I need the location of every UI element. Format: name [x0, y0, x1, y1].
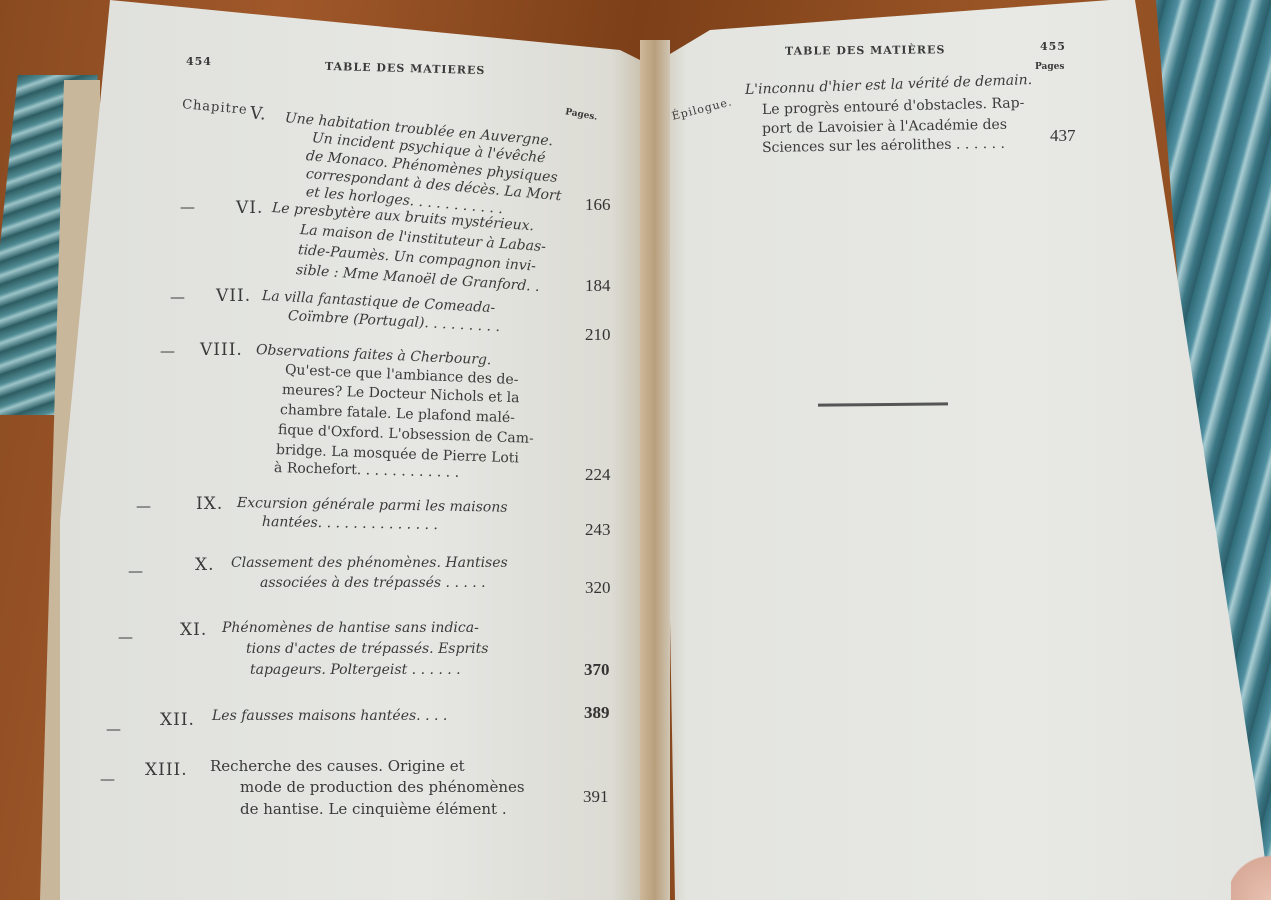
entry-xiii-line-1: Recherche des causes. Origine et [210, 757, 465, 775]
entry-dash: — [106, 720, 121, 738]
running-head-right: TABLE DES MATIÈRES [785, 43, 945, 57]
entry-viii-page: 224 [585, 465, 611, 485]
entry-xiii-line-2: mode de production des phénomènes [240, 778, 525, 796]
entry-vi-page: 184 [585, 276, 611, 296]
chapter-roman-xiii: XIII. [145, 760, 188, 780]
chapter-roman-ix: IX. [196, 494, 223, 514]
entry-xii-page: 389 [584, 703, 610, 723]
entry-dash: — [160, 342, 175, 360]
entry-dash: — [136, 497, 151, 515]
epilogue-page: 437 [1050, 126, 1076, 146]
chapter-roman-v: V. [249, 103, 267, 124]
entry-xii-line-1: Les fausses maisons hantées. . . . [212, 708, 447, 724]
entry-ix-page: 243 [585, 520, 611, 540]
entry-x-line-2: associées à des trépassés . . . . . [260, 575, 486, 591]
entry-v-page: 166 [585, 195, 611, 215]
entry-ix-line-2: hantées. . . . . . . . . . . . . . [262, 514, 438, 533]
entry-x-page: 320 [585, 578, 611, 598]
entry-dash: — [100, 770, 115, 788]
chapter-roman-x: X. [195, 555, 215, 575]
entry-xi-page: 370 [584, 660, 610, 680]
book-gutter [640, 40, 670, 900]
entry-dash: — [128, 562, 143, 580]
entry-xi-line-3: tapageurs. Poltergeist . . . . . . [250, 662, 461, 678]
page-number-right: 455 [1040, 40, 1066, 53]
chapter-roman-vii: VII. [216, 286, 251, 306]
entry-dash: — [118, 628, 133, 646]
entry-vii-page: 210 [585, 325, 611, 345]
entry-dash: — [170, 288, 185, 306]
chapter-roman-viii: VIII. [200, 340, 243, 360]
chapter-roman-xi: XI. [180, 620, 207, 640]
pages-label-right: Pages [1035, 62, 1064, 72]
finger [1231, 840, 1271, 900]
entry-xi-line-2: tions d'actes de trépassés. Esprits [246, 641, 488, 657]
chapter-roman-vi: VI. [236, 198, 263, 218]
entry-xi-line-1: Phénomènes de hantise sans indica- [222, 620, 479, 636]
chapter-roman-xii: XII. [160, 710, 195, 730]
entry-xiii-line-3: de hantise. Le cinquième élément . [240, 800, 507, 818]
page-number-left: 454 [186, 55, 212, 68]
entry-dash: — [180, 198, 195, 216]
entry-xiii-page: 391 [583, 787, 609, 807]
entry-x-line-1: Classement des phénomènes. Hantises [231, 555, 508, 571]
